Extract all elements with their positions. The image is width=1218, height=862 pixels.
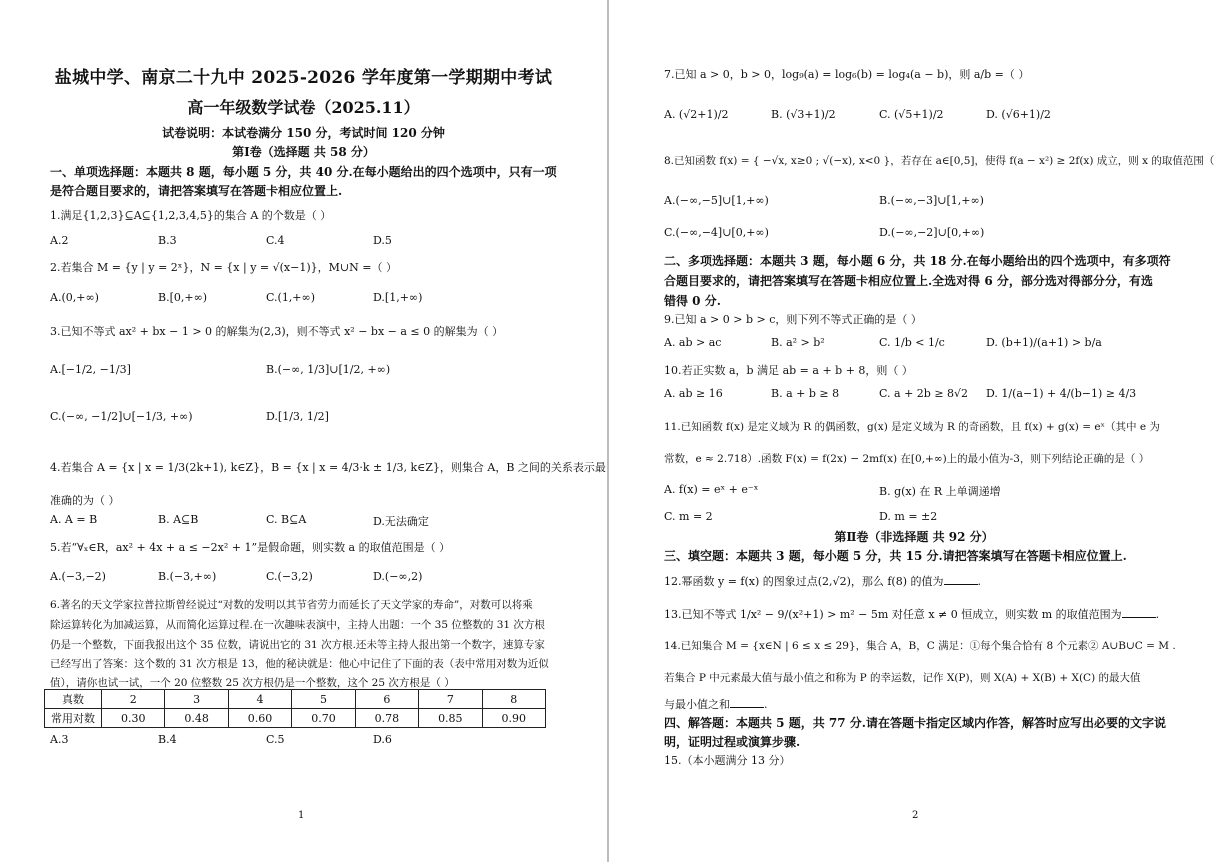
q9-option-a: A. ab > ac <box>664 336 721 349</box>
question-4-stem-cont: 准确的为（ ） <box>50 492 120 508</box>
section-2-heading: 二、多项选择题：本题共 3 题，每小题 6 分，共 18 分.在每小题给出的四个… <box>664 252 1171 269</box>
table-cell: 常用对数 <box>45 709 102 728</box>
q2-option-c: C.(1,+∞) <box>266 291 315 304</box>
q5-option-d: D.(−∞,2) <box>373 570 422 583</box>
q8-option-a: A.(−∞,−5]∪[1,+∞) <box>664 194 769 207</box>
section-1-heading-cont: 是符合题目要求的，请把答案填写在答题卡相应位置上. <box>50 182 342 199</box>
q3-option-b: B.(−∞, 1/3]∪[1/2, +∞) <box>266 363 390 376</box>
q3-option-a: A.[−1/2, −1/3] <box>50 363 131 376</box>
answer-blank <box>1122 607 1156 618</box>
table-cell: 真数 <box>45 690 102 709</box>
table-cell: 5 <box>292 690 355 709</box>
q10-option-c: C. a + 2b ≥ 8√2 <box>879 387 968 400</box>
q9-option-d: D. (b+1)/(a+1) > b/a <box>986 336 1102 349</box>
q6-option-c: C.5 <box>266 733 285 746</box>
q1-option-c: C.4 <box>266 234 285 247</box>
table-cell: 0.78 <box>355 709 418 728</box>
question-14-stem-cont: 若集合 P 中元素最大值与最小值之和称为 P 的幸运数，记作 X(P)，则 X(… <box>664 670 1141 685</box>
question-14-stem-end: 与最小值之和. <box>664 696 768 712</box>
q7-option-c: C. (√5+1)/2 <box>879 108 944 121</box>
q3-option-c: C.(−∞, −1/2]∪[−1/3, +∞) <box>50 410 193 423</box>
volume-2-heading: 第Ⅱ卷（非选择题 共 92 分） <box>610 528 1218 545</box>
page-number: 2 <box>912 810 918 821</box>
q10-option-a: A. ab ≥ 16 <box>664 387 723 400</box>
q11-option-a: A. f(x) = eˣ + e⁻ˣ <box>664 483 758 496</box>
question-13-stem: 13.已知不等式 1/x² − 9/(x²+1) > m² − 5m 对任意 x… <box>664 608 1122 621</box>
q8-option-b: B.(−∞,−3]∪[1,+∞) <box>879 194 984 207</box>
question-6-stem-line-3: 仍是一个整数，下面我报出这个 35 位数，请说出它的 31 次方根.还未等主持人… <box>50 637 545 652</box>
q7-option-d: D. (√6+1)/2 <box>986 108 1051 121</box>
table-row-common-log: 常用对数 0.30 0.48 0.60 0.70 0.78 0.85 0.90 <box>45 709 546 728</box>
q2-option-a: A.(0,+∞) <box>50 291 99 304</box>
question-12: 12.幂函数 y = f(x) 的图象过点(2,√2)，那么 f(8) 的值为. <box>664 573 981 589</box>
q1-option-d: D.5 <box>373 234 392 247</box>
section-2-heading-cont: 合题目要求的，请把答案填写在答题卡相应位置上.全选对得 6 分，部分选对得部分分… <box>664 272 1153 289</box>
q6-option-d: D.6 <box>373 733 392 746</box>
page-separator <box>607 0 609 862</box>
q4-option-a: A. A = B <box>50 513 97 526</box>
question-1-stem: 1.满足{1,2,3}⊆A⊆{1,2,3,4,5}的集合 A 的个数是（ ） <box>50 207 331 223</box>
q6-option-b: B.4 <box>158 733 177 746</box>
q3-option-d: D.[1/3, 1/2] <box>266 410 329 423</box>
question-12-stem: 12.幂函数 y = f(x) 的图象过点(2,√2)，那么 f(8) 的值为 <box>664 575 944 588</box>
answer-blank <box>944 574 978 585</box>
question-6-stem-line-1: 6.著名的天文学家拉普拉斯曾经说过“对数的发明以其节省劳力而延长了天文学家的寿命… <box>50 597 533 612</box>
exam-page-1: 盐城中学、南京二十九中 2025-2026 学年度第一学期期中考试 高一年级数学… <box>0 0 607 862</box>
q5-option-a: A.(−3,−2) <box>50 570 106 583</box>
table-cell: 6 <box>355 690 418 709</box>
section-4-heading-cont: 明，证明过程或演算步骤. <box>664 733 800 750</box>
q4-option-b: B. A⊆B <box>158 513 198 526</box>
q4-option-d: D.无法确定 <box>373 513 429 529</box>
exam-instructions: 试卷说明：本试卷满分 150 分，考试时间 120 分钟 <box>0 124 607 141</box>
question-8-stem: 8.已知函数 f(x) = { −√x, x≥0 ; √(−x), x<0 }，… <box>664 153 1218 168</box>
section-3-heading: 三、填空题：本题共 3 题，每小题 5 分，共 15 分.请把答案填写在答题卡相… <box>664 547 1127 564</box>
q10-option-d: D. 1/(a−1) + 4/(b−1) ≥ 4/3 <box>986 387 1136 400</box>
exam-title: 盐城中学、南京二十九中 2025-2026 学年度第一学期期中考试 <box>0 63 607 88</box>
question-7-stem: 7.已知 a > 0，b > 0，log₉(a) = log₆(b) = log… <box>664 66 1029 82</box>
q7-option-a: A. (√2+1)/2 <box>664 108 728 121</box>
table-cell: 8 <box>482 690 545 709</box>
question-11-stem: 11.已知函数 f(x) 是定义域为 R 的偶函数，g(x) 是定义域为 R 的… <box>664 419 1160 434</box>
question-14-stem: 14.已知集合 M = {x∈N | 6 ≤ x ≤ 29}，集合 A，B，C … <box>664 638 1176 653</box>
q2-option-b: B.[0,+∞) <box>158 291 207 304</box>
q11-option-d: D. m = ±2 <box>879 510 937 523</box>
q11-option-c: C. m = 2 <box>664 510 713 523</box>
section-4-heading: 四、解答题：本题共 5 题，共 77 分.请在答题卡指定区域内作答，解答时应写出… <box>664 714 1166 731</box>
question-13: 13.已知不等式 1/x² − 9/(x²+1) > m² − 5m 对任意 x… <box>664 606 1159 622</box>
question-11-stem-cont: 常数，e ≈ 2.718）.函数 F(x) = f(2x) − 2mf(x) 在… <box>664 451 1149 466</box>
q6-option-a: A.3 <box>50 733 68 746</box>
table-cell: 2 <box>102 690 165 709</box>
q1-option-a: A.2 <box>50 234 68 247</box>
q9-option-c: C. 1/b < 1/c <box>879 336 945 349</box>
q9-option-b: B. a² > b² <box>771 336 825 349</box>
question-6-stem-line-5: 值），请你也试一试，一个 20 位整数 25 次方根仍是一个整数，这个 25 次… <box>50 675 455 690</box>
q1-option-b: B.3 <box>158 234 177 247</box>
table-cell: 0.85 <box>419 709 482 728</box>
answer-blank <box>730 697 764 708</box>
table-cell: 0.90 <box>482 709 545 728</box>
table-cell: 0.30 <box>102 709 165 728</box>
table-cell: 7 <box>419 690 482 709</box>
question-9-stem: 9.已知 a > 0 > b > c，则下列不等式正确的是（ ） <box>664 311 922 327</box>
question-5-stem: 5.若“∀ₓ∈R，ax² + 4x + a ≤ −2x² + 1”是假命题，则实… <box>50 539 450 555</box>
question-2-stem: 2.若集合 M = {y | y = 2ˣ}，N = {x | y = √(x−… <box>50 259 397 275</box>
q5-option-c: C.(−3,2) <box>266 570 313 583</box>
q11-option-b: B. g(x) 在 R 上单调递增 <box>879 483 1001 499</box>
question-4-stem: 4.若集合 A = {x | x = 1/3(2k+1), k∈Z}，B = {… <box>50 459 606 475</box>
exam-page-2: 7.已知 a > 0，b > 0，log₉(a) = log₆(b) = log… <box>610 0 1218 862</box>
table-cell: 0.48 <box>165 709 228 728</box>
table-cell: 0.60 <box>228 709 291 728</box>
question-14-stem-line-3: 与最小值之和 <box>664 698 730 711</box>
question-10-stem: 10.若正实数 a，b 满足 ab = a + b + 8，则（ ） <box>664 362 913 378</box>
question-15-stem: 15.（本小题满分 13 分） <box>664 752 790 768</box>
q4-option-c: C. B⊆A <box>266 513 306 526</box>
table-cell: 4 <box>228 690 291 709</box>
page-number: 1 <box>298 810 304 821</box>
section-1-heading: 一、单项选择题：本题共 8 题，每小题 5 分，共 40 分.在每小题给出的四个… <box>50 163 557 180</box>
table-cell: 3 <box>165 690 228 709</box>
section-2-heading-cont-2: 错得 0 分. <box>664 292 721 309</box>
volume-1-heading: 第Ⅰ卷（选择题 共 58 分） <box>0 143 607 160</box>
exam-subtitle: 高一年级数学试卷（2025.11） <box>0 95 607 118</box>
question-6-stem-line-2: 除运算转化为加减运算，从而简化运算过程.在一次趣味表演中，主持人出题：一个 35… <box>50 617 545 632</box>
q10-option-b: B. a + b ≥ 8 <box>771 387 839 400</box>
q8-option-d: D.(−∞,−2]∪[0,+∞) <box>879 226 984 239</box>
table-row-true-number: 真数 2 3 4 5 6 7 8 <box>45 690 546 709</box>
q7-option-b: B. (√3+1)/2 <box>771 108 836 121</box>
table-cell: 0.70 <box>292 709 355 728</box>
q8-option-c: C.(−∞,−4]∪[0,+∞) <box>664 226 769 239</box>
question-6-stem-line-4: 已经写出了答案：这个数的 31 次方根是 13，他的秘诀就是：他心中记住了下面的… <box>50 656 549 671</box>
log-table: 真数 2 3 4 5 6 7 8 常用对数 0.30 0.48 0.60 0.7… <box>44 689 546 728</box>
question-3-stem: 3.已知不等式 ax² + bx − 1 > 0 的解集为(2,3)，则不等式 … <box>50 323 503 339</box>
q2-option-d: D.[1,+∞) <box>373 291 422 304</box>
q5-option-b: B.(−3,+∞) <box>158 570 216 583</box>
